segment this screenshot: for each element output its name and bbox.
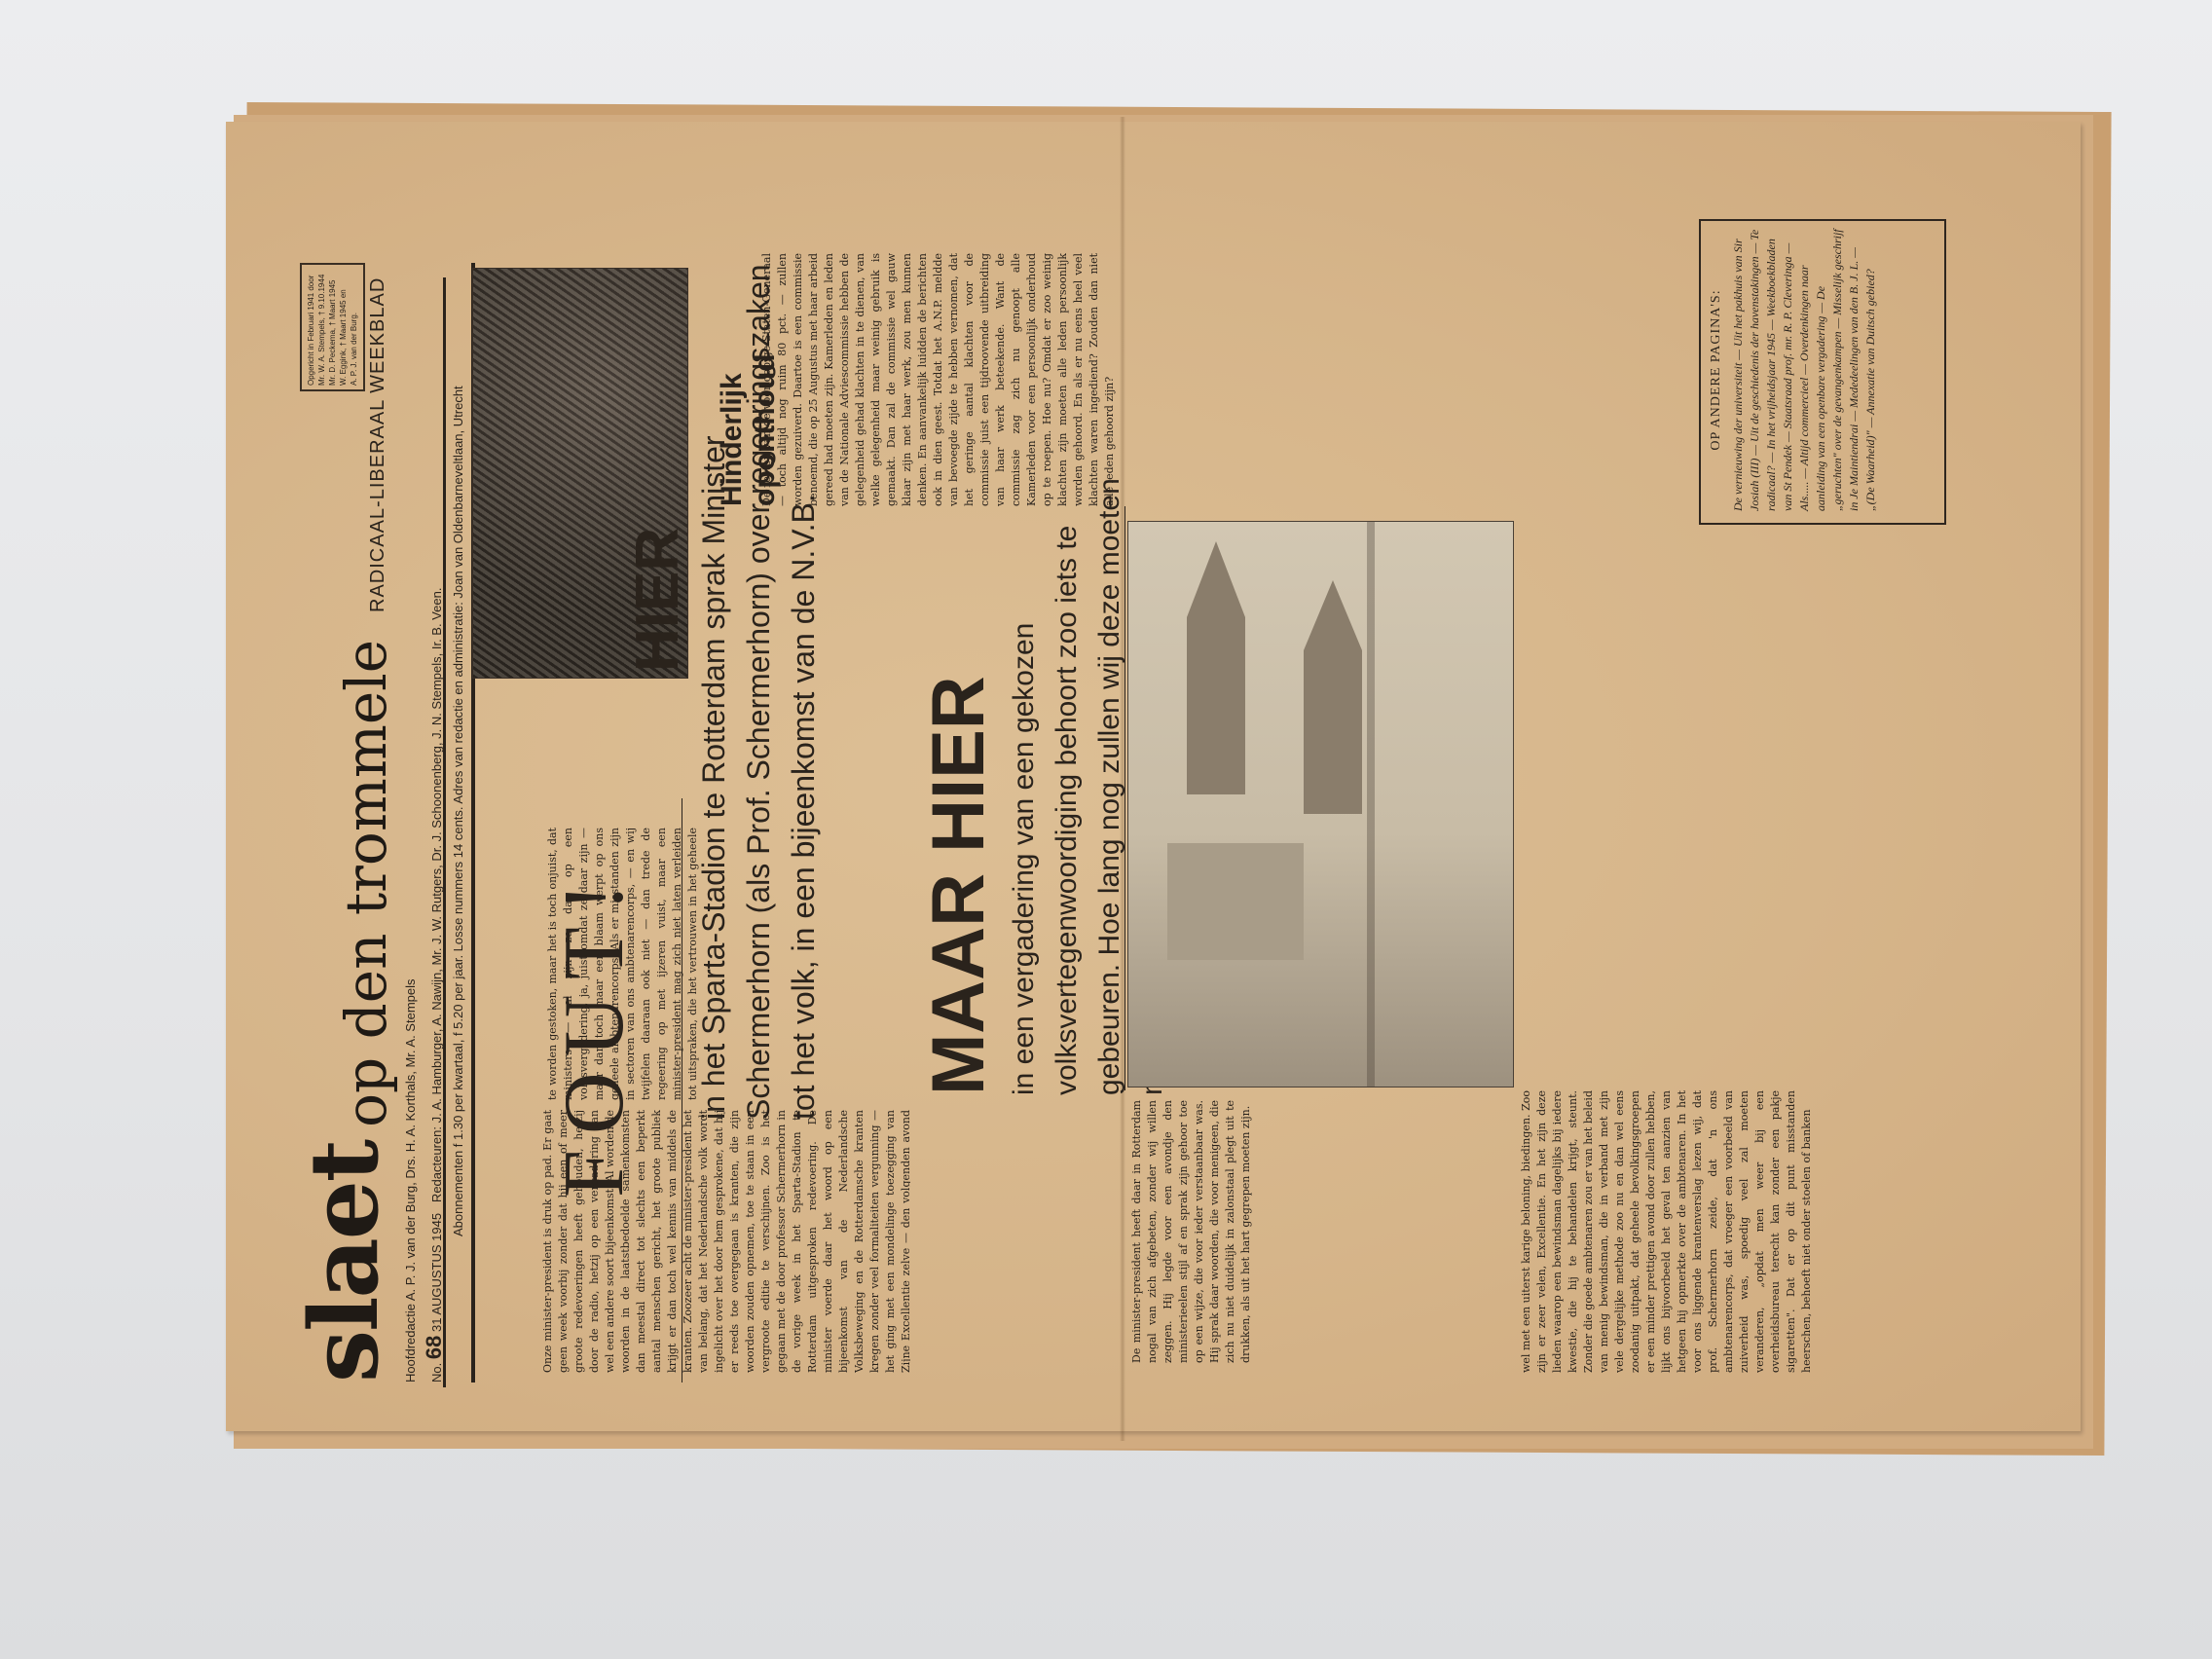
other-pages-title: OP ANDERE PAGINA'S: xyxy=(1709,229,1724,511)
founded-line: W. Eggink, † Maart 1945 en xyxy=(338,269,349,386)
other-pages-content: OP ANDERE PAGINA'S: De vernieuwing der u… xyxy=(1709,229,1933,511)
hier-headline-wrap: HIER xyxy=(623,528,692,672)
column-rule xyxy=(1124,506,1125,1090)
fout-body-col1: Onze minister-president is druk op pad. … xyxy=(540,1110,910,1373)
chief-editors: Hoofdredactie A. P. J. van der Burg, Drs… xyxy=(403,263,418,1382)
fout-body-col3: De minister-president heeft daar in Rott… xyxy=(1129,1100,1275,1363)
subtitle: RADICAAL-LIBERAAL WEEKBLAD xyxy=(367,277,389,612)
column-rule xyxy=(682,798,682,1382)
founded-line: Opgericht in Februari 1941 door xyxy=(306,269,316,386)
founded-line: A. P. J. van der Burg. xyxy=(349,269,359,386)
founded-line: Mr. W. A. Stempels, † 9.10.1944 xyxy=(316,269,327,386)
maar-hier-headline: MAAR HIER xyxy=(920,462,998,1095)
hier-headline: HIER xyxy=(623,528,692,672)
editors: Redacteuren: J. A. Hamburger, A. Nawijn,… xyxy=(429,588,444,1203)
other-pages-list: De vernieuwing der universiteit — Uit he… xyxy=(1730,229,1879,511)
founded-box: Opgericht in Februari 1941 door Mr. W. A… xyxy=(300,263,365,391)
title-slaet: slaet xyxy=(289,1141,399,1382)
church-spire xyxy=(1187,541,1245,794)
church-spire xyxy=(1304,580,1362,814)
church-facade-drawing xyxy=(1127,521,1514,1088)
church-building xyxy=(1167,843,1304,960)
title-row: slaet op den trommele RADICAAL-LIBERAAL … xyxy=(292,263,399,1382)
masthead-column-rule xyxy=(443,277,446,1387)
right-page-body: wel met een uiterst karige beloning, bie… xyxy=(1519,1090,1967,1373)
hinderlijk-body: De resten van de voorloopige Staten-Gene… xyxy=(759,253,1120,506)
subscription: Abonnementen f 1.30 per kwartaal, f 5.20… xyxy=(451,263,465,1236)
fout-body-col2: te worden gestoken, maar het is toch onj… xyxy=(545,828,701,1100)
founded-line: Mr. D. Peckema, † Maart 1945 xyxy=(327,269,338,386)
issue-label: No. xyxy=(429,1363,444,1382)
issue-date: 31 AUGUSTUS 1945 xyxy=(429,1213,444,1332)
maar-hier-wrap: MAAR HIER xyxy=(920,462,998,1095)
title-op-den-trommele: op den trommele xyxy=(333,640,399,1127)
masthead: slaet op den trommele RADICAAL-LIBERAAL … xyxy=(292,263,487,1382)
